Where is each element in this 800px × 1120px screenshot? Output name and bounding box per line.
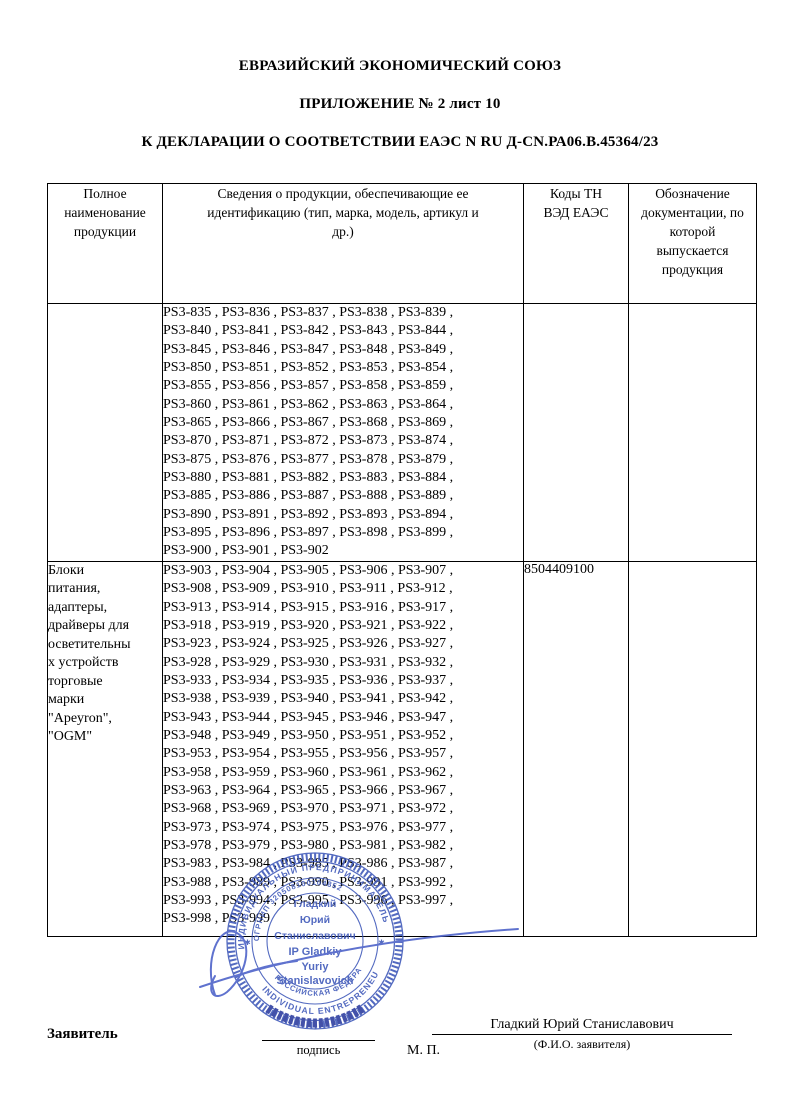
union-title: ЕВРАЗИЙСКИЙ ЭКОНОМИЧЕСКИЙ СОЮЗ <box>0 58 800 75</box>
col-header-tnved-codes: Коды ТН ВЭД ЕАЭС <box>524 184 629 304</box>
stamp-bottom-band <box>268 1008 362 1023</box>
tnved-code-cell: 8504409100 <box>524 561 629 936</box>
applicant-name: Гладкий Юрий Станиславович <box>432 1017 732 1035</box>
signature <box>200 929 518 996</box>
appendix-title: ПРИЛОЖЕНИЕ № 2 лист 10 <box>0 96 800 113</box>
signature-line-block: подпись <box>262 1040 375 1058</box>
document-page: { "header": { "line1": "ЕВРАЗИЙСКИЙ ЭКОН… <box>0 0 800 1120</box>
table-row: Блоки питания, адаптеры, драйверы для ос… <box>48 561 757 936</box>
declaration-number-title: К ДЕКЛАРАЦИИ О СООТВЕТСТВИИ ЕАЭС N RU Д-… <box>0 134 800 151</box>
signature-caption: подпись <box>262 1041 375 1058</box>
col-header-documentation: Обозначение документации, по которой вып… <box>629 184 757 304</box>
svg-text:IP Gladkiy: IP Gladkiy <box>289 946 343 958</box>
product-name-cell <box>48 304 163 562</box>
documentation-cell <box>629 304 757 562</box>
product-codes-cell: PS3-903 , PS3-904 , PS3-905 , PS3-906 , … <box>163 561 524 936</box>
product-codes-cell: PS3-835 , PS3-836 , PS3-837 , PS3-838 , … <box>163 304 524 562</box>
applicant-label: Заявитель <box>47 1026 118 1043</box>
product-name-cell: Блоки питания, адаптеры, драйверы для ос… <box>48 561 163 936</box>
stamp-star-left: ✱ <box>244 938 251 947</box>
tnved-code-cell <box>524 304 629 562</box>
stamp-star-right: ✱ <box>378 938 385 947</box>
table-header-row: Полное наименование продукции Сведения о… <box>48 184 757 304</box>
products-table: Полное наименование продукции Сведения о… <box>47 183 757 937</box>
svg-text:Yuriy: Yuriy <box>302 961 330 973</box>
documentation-cell <box>629 561 757 936</box>
col-header-product-info: Сведения о продукции, обеспечивающие ее … <box>163 184 524 304</box>
svg-text:Stanislavovich: Stanislavovich <box>276 975 353 987</box>
applicant-name-caption: (Ф.И.О. заявителя) <box>432 1035 732 1052</box>
applicant-name-block: Гладкий Юрий Станиславович (Ф.И.О. заяви… <box>432 1017 732 1052</box>
table-row: PS3-835 , PS3-836 , PS3-837 , PS3-838 , … <box>48 304 757 562</box>
col-header-product-name: Полное наименование продукции <box>48 184 163 304</box>
